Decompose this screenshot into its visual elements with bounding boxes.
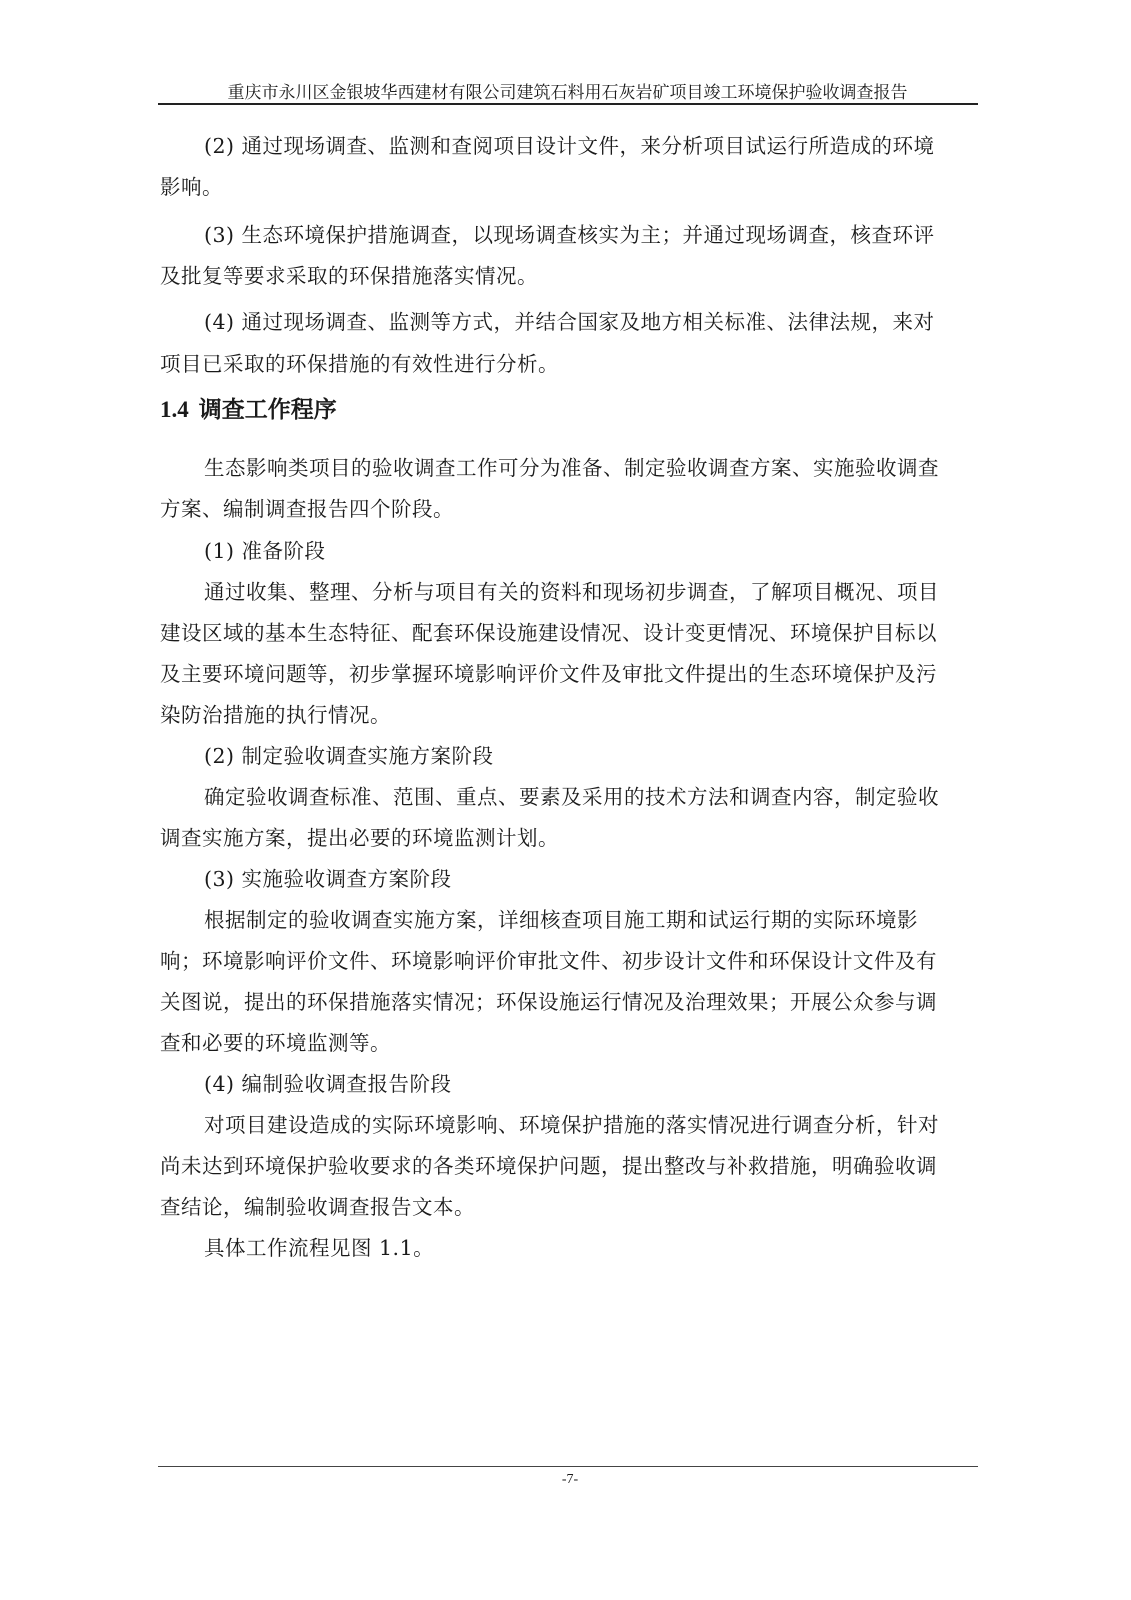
running-header: 重庆市永川区金银坡华西建材有限公司建筑石料用石灰岩矿项目竣工环境保护验收调查报告 [160, 78, 975, 103]
paragraph-line: (2) 通过现场调查、监测和查阅项目设计文件，来分析项目试运行所造成的环境 [204, 132, 980, 160]
paragraph-line: 尚未达到环境保护验收要求的各类环境保护问题，提出整改与补救措施，明确验收调 [160, 1152, 980, 1180]
paragraph-line: (4) 通过现场调查、监测等方式，并结合国家及地方相关标准、法律法规，来对 [204, 308, 980, 336]
paragraph-line: 及批复等要求采取的环保措施落实情况。 [160, 262, 980, 290]
section-heading: 1.4调查工作程序 [160, 395, 337, 425]
paragraph-line: 生态影响类项目的验收调查工作可分为准备、制定验收调查方案、实施验收调查 [204, 454, 980, 482]
paragraph-line: 及主要环境问题等，初步掌握环境影响评价文件及审批文件提出的生态环境保护及污 [160, 660, 980, 688]
section-title: 调查工作程序 [199, 396, 337, 423]
paragraph-line: 通过收集、整理、分析与项目有关的资料和现场初步调查，了解项目概况、项目 [204, 578, 980, 606]
stage-title: (4) 编制验收调查报告阶段 [204, 1070, 980, 1098]
paragraph-line: 响；环境影响评价文件、环境影响评价审批文件、初步设计文件和环保设计文件及有 [160, 947, 980, 975]
paragraph-line: (3) 生态环境保护措施调查，以现场调查核实为主；并通过现场调查，核查环评 [204, 221, 980, 249]
paragraph-line: 确定验收调查标准、范围、重点、要素及采用的技术方法和调查内容，制定验收 [204, 783, 980, 811]
paragraph-line: 查结论，编制验收调查报告文本。 [160, 1193, 980, 1221]
paragraph-line: 根据制定的验收调查实施方案，详细核查项目施工期和试运行期的实际环境影 [204, 906, 980, 934]
paragraph-line: 查和必要的环境监测等。 [160, 1029, 980, 1057]
section-number: 1.4 [160, 397, 189, 422]
header-divider [158, 103, 978, 105]
stage-title: (3) 实施验收调查方案阶段 [204, 865, 980, 893]
paragraph-line: 染防治措施的执行情况。 [160, 701, 980, 729]
stage-title: (1) 准备阶段 [204, 537, 980, 565]
paragraph-line: 建设区域的基本生态特征、配套环保设施建设情况、设计变更情况、环境保护目标以 [160, 619, 980, 647]
paragraph-line: 影响。 [160, 173, 980, 201]
paragraph-line: 项目已采取的环保措施的有效性进行分析。 [160, 350, 980, 378]
page-number: -7- [160, 1472, 980, 1488]
paragraph-line: 关图说，提出的环保措施落实情况；环保设施运行情况及治理效果；开展公众参与调 [160, 988, 980, 1016]
paragraph-line: 方案、编制调查报告四个阶段。 [160, 495, 980, 523]
paragraph-line: 对项目建设造成的实际环境影响、环境保护措施的落实情况进行调查分析，针对 [204, 1111, 980, 1139]
paragraph-line: 调查实施方案，提出必要的环境监测计划。 [160, 824, 980, 852]
stage-title: (2) 制定验收调查实施方案阶段 [204, 742, 980, 770]
closing-line: 具体工作流程见图 1.1。 [204, 1234, 980, 1262]
footer-divider [158, 1466, 978, 1467]
